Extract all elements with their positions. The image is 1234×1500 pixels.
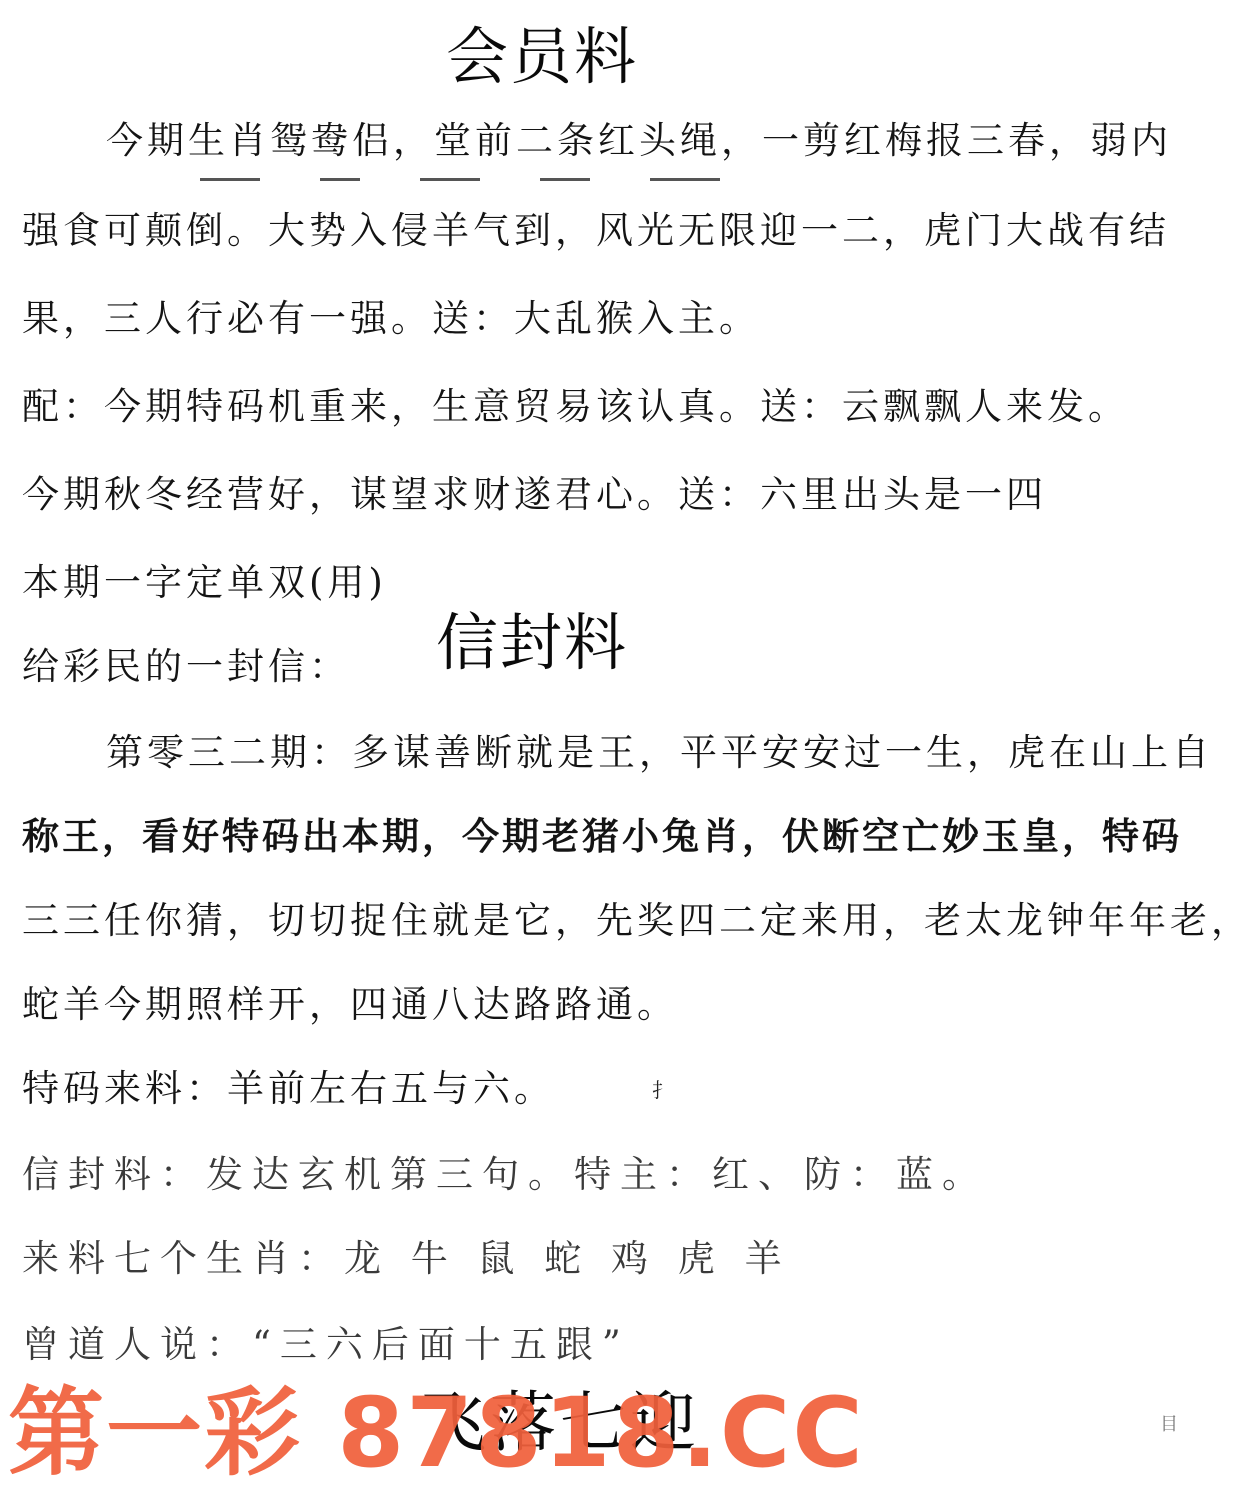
text-line: 本期一字定单双(用)	[22, 564, 387, 601]
text-line: 配：今期特码机重来，生意贸易该认真。送：云飘飘人来发。	[22, 388, 1129, 425]
letter-intro: 给彩民的一封信：	[22, 648, 350, 685]
text-line: 第零三二期：多谋善断就是王，平平安安过一生，虎在山上自	[106, 734, 1213, 771]
section-title-envelope: 信封料	[436, 612, 628, 674]
text-line: 三三任你猜，切切捉住就是它，先奖四二定来用，老太龙钟年年老，	[22, 902, 1234, 939]
text-line: 蛇羊今期照样开，四通八达路路通。	[22, 986, 678, 1023]
text-line: 强食可颠倒。大势入侵羊气到，风光无限迎一二，虎门大战有结	[22, 212, 1170, 249]
text-line: 来料七个生肖：龙 牛 鼠 蛇 鸡 虎 羊	[22, 1240, 791, 1277]
text-line: 信封料：发达玄机第三句。特主：红、防：蓝。	[22, 1156, 988, 1193]
watermark: 第一彩 87818.CC	[8, 1378, 865, 1488]
faded-scan-artifact	[200, 172, 730, 186]
text-line: 今期生肖鸳鸯侣，堂前二条红头绳，一剪红梅报三春，弱内	[106, 122, 1172, 159]
text-line: 称王，看好特码出本期，今期老猪小兔肖，伏断空亡妙玉皇，特码	[22, 818, 1182, 855]
text-line: 今期秋冬经营好，谋望求财遂君心。送：六里出头是一四	[22, 476, 1047, 513]
section-title-member: 会员料	[446, 26, 638, 88]
text-line: 特码来料：羊前左右五与六。	[22, 1070, 555, 1107]
scan-speck: 扌	[652, 1080, 672, 1100]
text-line: 果，三人行必有一强。送：大乱猴入主。	[22, 300, 760, 337]
text-line: 曾道人说：“三六后面十五跟”	[22, 1326, 630, 1363]
scan-speck: 目	[1160, 1416, 1178, 1434]
